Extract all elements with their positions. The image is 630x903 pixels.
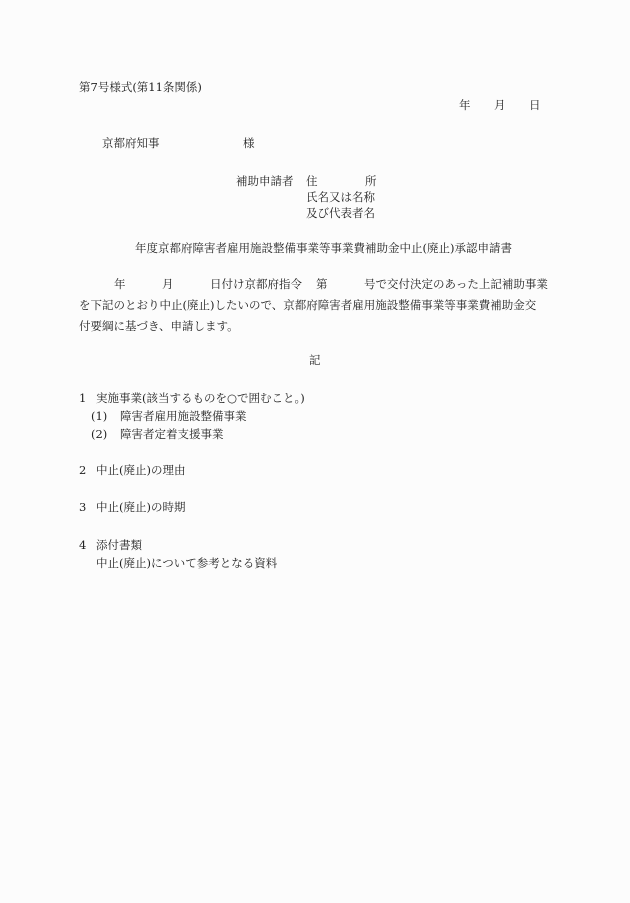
date-year-label: 年 xyxy=(459,100,471,112)
document-title: 年度京都府障害者雇用施設整備事業等事業費補助金中止(廃止)承認申請書 xyxy=(135,243,512,255)
body-day-prefix: 日付け京都府指令 xyxy=(210,279,302,291)
name-label: 氏名又は名称 xyxy=(306,192,375,204)
sub-item-number: (1) xyxy=(91,411,107,423)
body-line2: を下記のとおり中止(廃止)したいので、京都府障害者雇用施設整備事業等事業費補助金… xyxy=(79,300,536,312)
addressee-name: 京都府知事 xyxy=(102,138,160,150)
body-line1-rest: 号で交付決定のあった上記補助事業 xyxy=(364,279,548,291)
item-number: 2 xyxy=(79,465,86,477)
addressee-honorific: 様 xyxy=(243,138,255,150)
item-label: 中止(廃止)の時期 xyxy=(96,502,185,514)
body-line3: 付要綱に基づき、申請します。 xyxy=(79,321,239,333)
item-label: 実施事業(該当するものを○で囲むこと。) xyxy=(96,393,305,405)
item-number: 1 xyxy=(79,393,86,405)
item-number: 3 xyxy=(79,502,86,514)
item-label: 添付書類 xyxy=(96,540,142,552)
body-year: 年 xyxy=(114,279,126,291)
representative-label: 及び代表者名 xyxy=(306,208,375,220)
date-day-label: 日 xyxy=(529,100,541,112)
item-number: 4 xyxy=(79,540,86,552)
date-month-label: 月 xyxy=(494,100,506,112)
ki-heading: 記 xyxy=(309,355,321,367)
form-number: 第7号様式(第11条関係) xyxy=(79,82,202,94)
body-month: 月 xyxy=(162,279,174,291)
item-detail: 中止(廃止)について参考となる資料 xyxy=(96,558,277,570)
applicant-label: 補助申請者 xyxy=(236,176,294,188)
sub-item-label: 障害者定着支援事業 xyxy=(120,429,224,441)
body-number-prefix: 第 xyxy=(316,279,328,291)
sub-item-number: (2) xyxy=(91,429,107,441)
item-label: 中止(廃止)の理由 xyxy=(96,465,185,477)
sub-item-label: 障害者雇用施設整備事業 xyxy=(120,411,247,423)
address-label-1: 住 xyxy=(306,176,318,188)
address-label-2: 所 xyxy=(365,176,377,188)
